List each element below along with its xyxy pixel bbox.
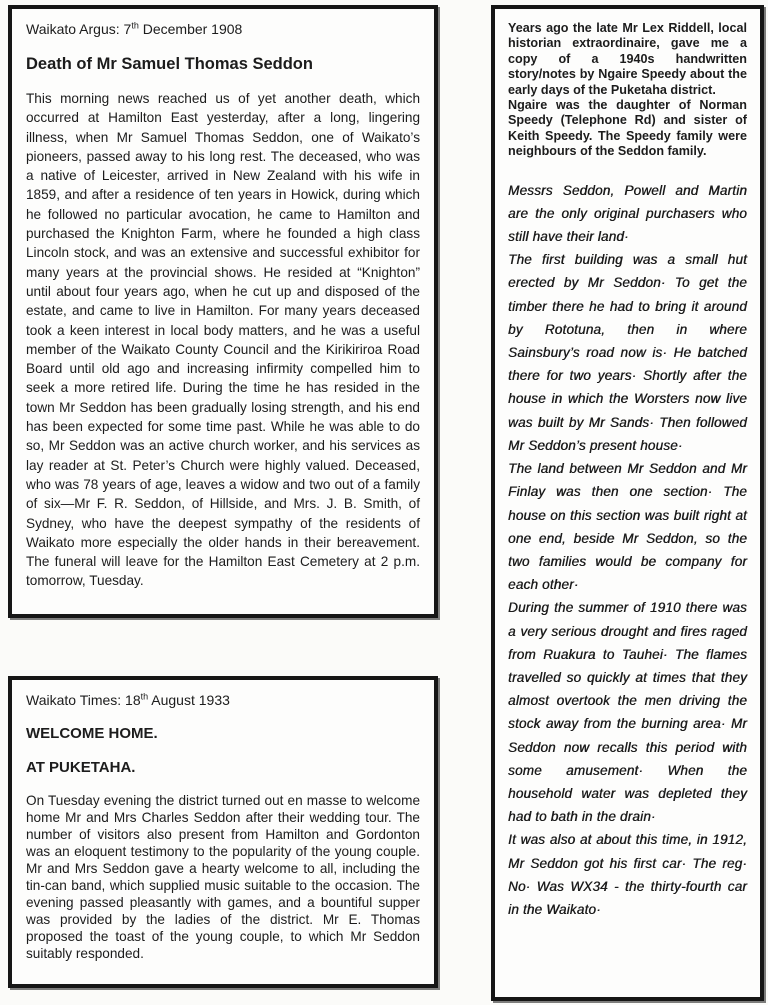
handwritten-paragraph-5: It was also at about this time, in 1912,… [508,828,747,921]
obituary-source-text: Waikato Argus: 7 [26,21,131,37]
obituary-clipping-box: Waikato Argus: 7th December 1908 Death o… [8,5,438,618]
welcome-source-text: Waikato Times: 18 [26,692,141,708]
obituary-body-text: This morning news reached us of yet anot… [26,89,420,591]
obituary-date-ordinal: th [131,20,139,30]
welcome-home-clipping-box: Waikato Times: 18th August 1933 WELCOME … [8,676,438,988]
speedy-notes-box: Years ago the late Mr Lex Riddell, local… [491,5,764,1001]
notes-intro-paragraph-1: Years ago the late Mr Lex Riddell, local… [508,21,747,98]
welcome-source-line: Waikato Times: 18th August 1933 [26,692,420,709]
handwritten-paragraph-2: The first building was a small hut erect… [508,248,747,457]
notes-intro-paragraph-2: Ngaire was the daughter of Norman Speedy… [508,98,747,160]
obituary-source-text-rest: December 1908 [139,21,243,37]
handwritten-paragraph-4: During the summer of 1910 there was a ve… [508,596,747,828]
scanned-document-page: { "clippings": { "obituary": { "source_p… [0,0,768,1005]
handwritten-paragraph-1: Messrs Seddon, Powell and Martin are the… [508,179,747,249]
obituary-source-line: Waikato Argus: 7th December 1908 [26,21,420,38]
welcome-source-text-rest: August 1933 [148,692,230,708]
welcome-body-text: On Tuesday evening the district turned o… [26,792,420,962]
handwritten-notes-section: Messrs Seddon, Powell and Martin are the… [508,179,747,922]
obituary-headline: Death of Mr Samuel Thomas Seddon [26,55,420,74]
handwritten-paragraph-3: The land between Mr Seddon and Mr Finlay… [508,457,747,596]
welcome-subheadline: AT PUKETAHA. [26,759,420,777]
welcome-headline: WELCOME HOME. [26,725,420,743]
